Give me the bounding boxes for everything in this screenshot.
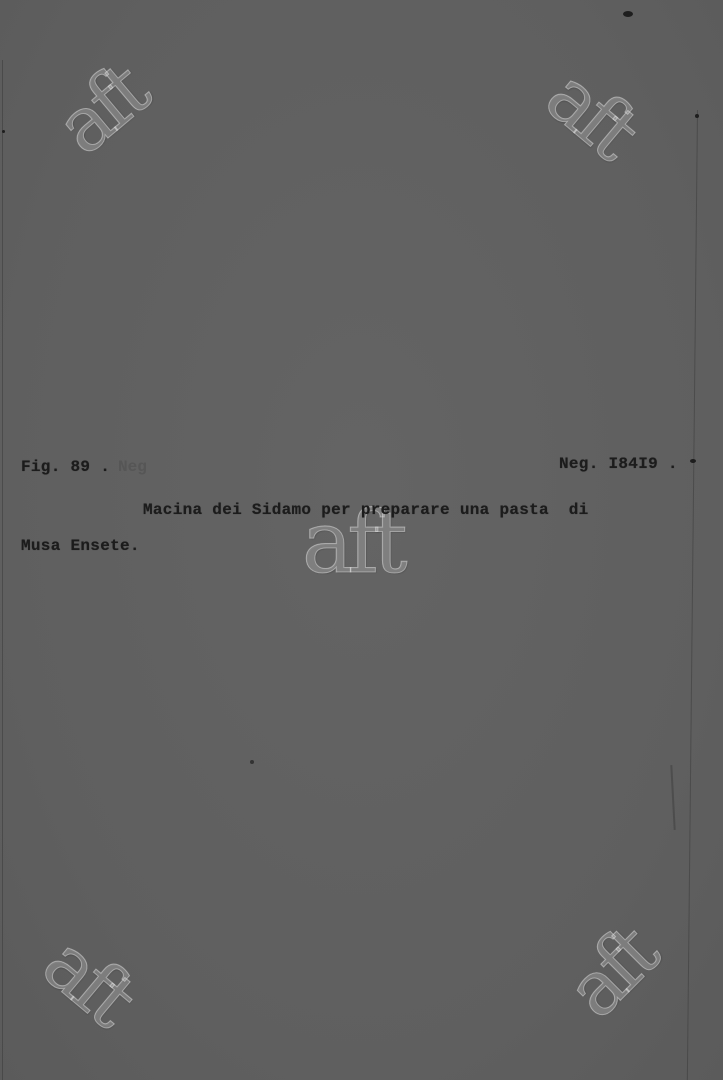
negative-number: Neg. I84I9 . [559, 455, 678, 473]
left-edge-line [2, 60, 3, 1080]
dust-speck [623, 11, 633, 17]
dust-speck [695, 114, 699, 118]
watermark-top-right: aft [534, 56, 649, 169]
figure-label: Fig. 89 . [21, 458, 110, 476]
bleed-through-text: Neg [118, 458, 147, 476]
caption-line-1: Macina dei Sidamo per preparare una past… [143, 501, 589, 519]
scratch-mark [670, 765, 675, 830]
dust-speck [250, 760, 254, 764]
document-page: aft aft aft aft aft Neg Fig. 89 . Neg. I… [0, 0, 723, 1080]
caption-line-2: Musa Ensete. [21, 537, 140, 555]
right-edge-line [687, 110, 698, 1080]
watermark-bottom-left: aft [31, 923, 146, 1036]
dust-speck [690, 459, 696, 463]
watermark-top-left: aft [44, 53, 159, 166]
dust-speck [2, 130, 5, 133]
watermark-bottom-right: aft [554, 916, 669, 1031]
